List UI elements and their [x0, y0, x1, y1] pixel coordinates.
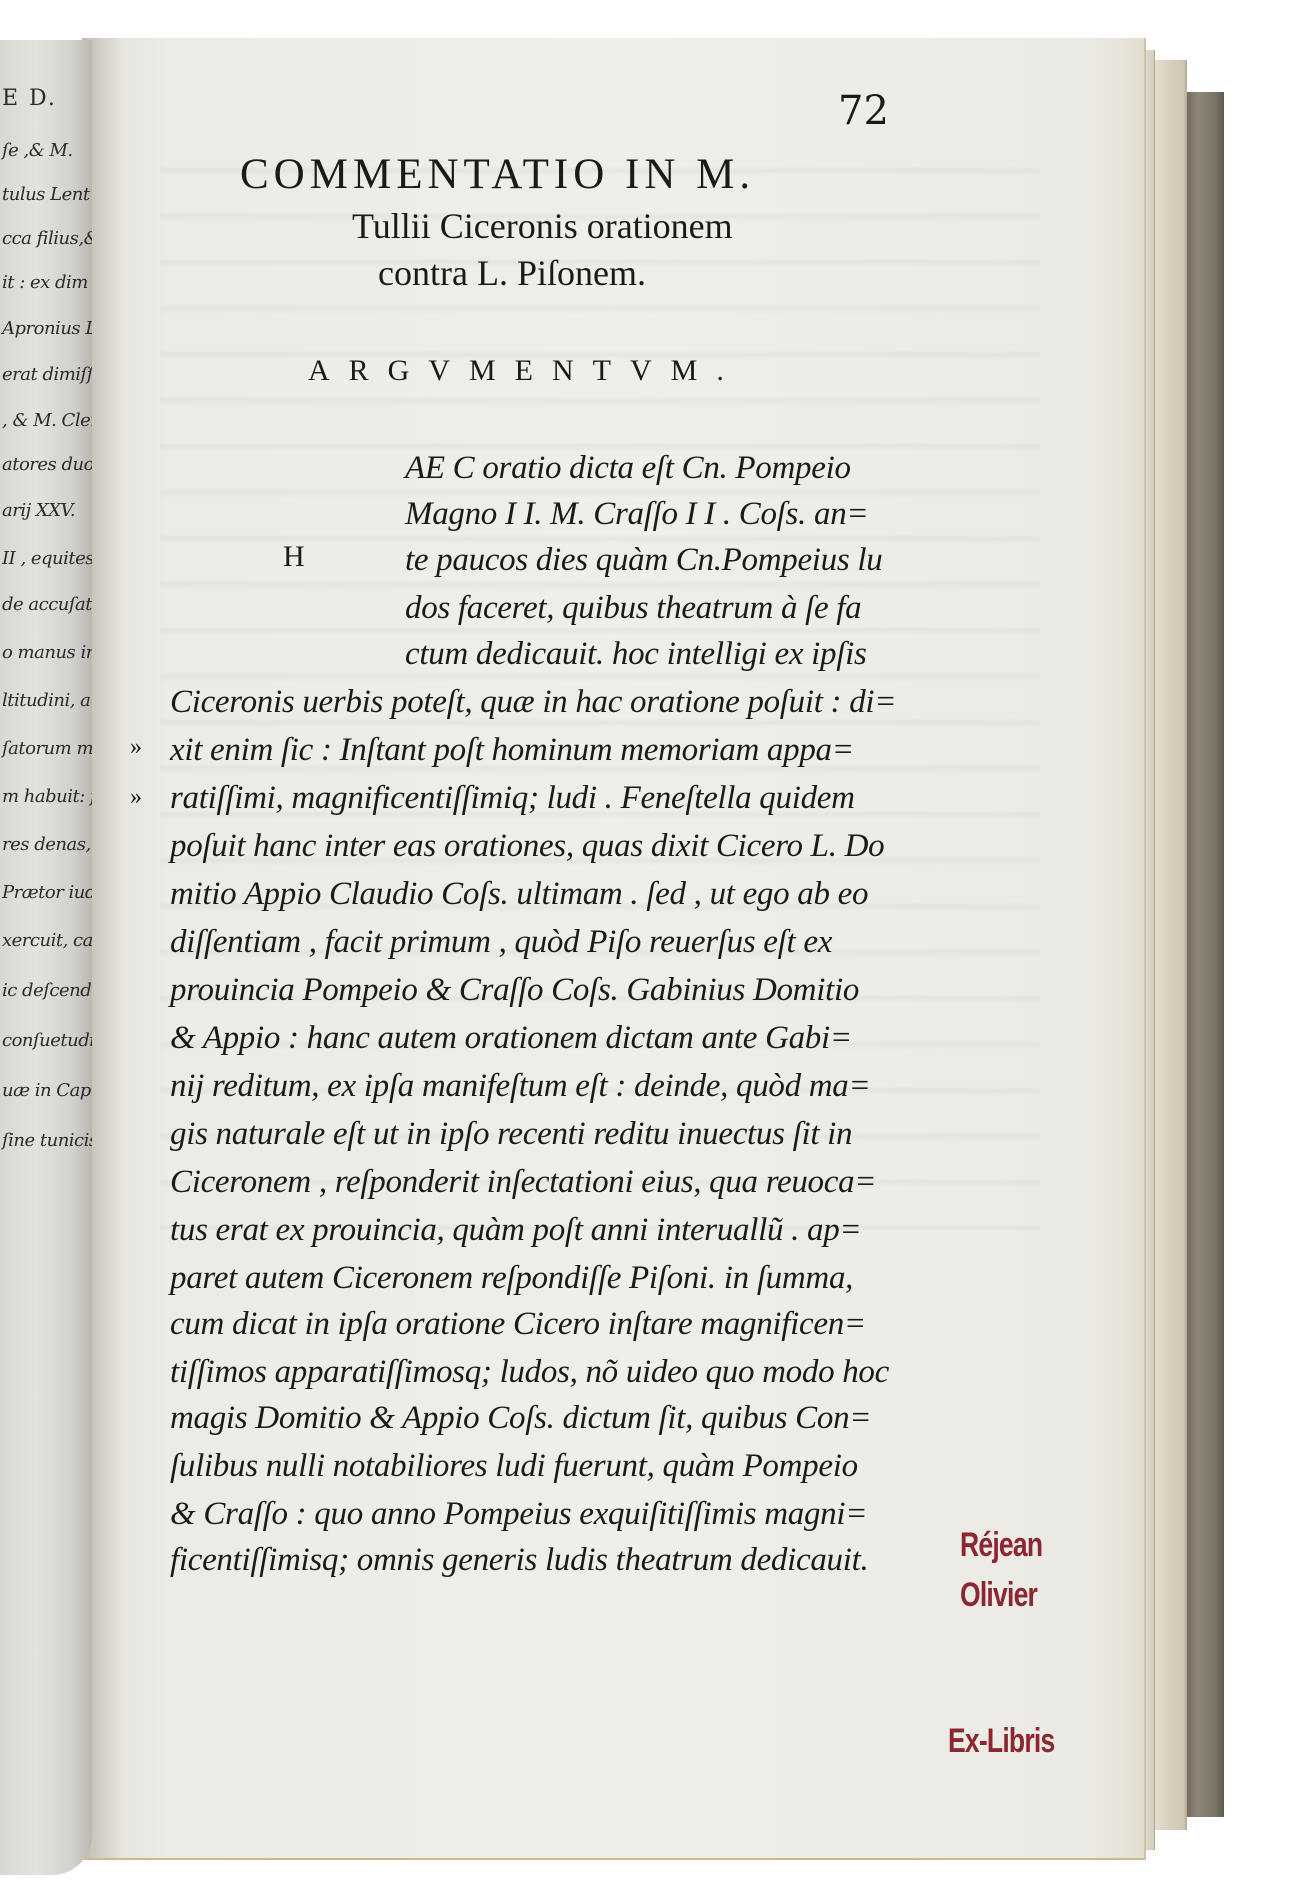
ex-libris-stamp-name-first: Réjean [960, 1526, 1042, 1565]
ex-libris-stamp-label: Ex-Libris [948, 1722, 1054, 1761]
left-page-line: Prætor iudic [2, 882, 92, 903]
body-line: dos faceret, quibus theatrum à ſe fa [405, 590, 861, 627]
marginal-quote-mark: » [130, 734, 142, 761]
body-line: ratiſſimi, magnificentiſſimiq; ludi . Fe… [170, 780, 855, 817]
body-line: mitio Appio Claudio Coſs. ultimam . ſed … [170, 876, 868, 913]
left-page-line: o manus in [2, 642, 92, 663]
body-line: Ciceronis uerbis poteſt, quæ in hac orat… [170, 684, 896, 721]
body-line: diſſentiam , facit primum , quòd Piſo re… [170, 924, 832, 961]
body-line: tus erat ex prouincia, quàm poſt anni in… [170, 1212, 861, 1249]
left-page-line: de accuſator [2, 594, 92, 615]
body-line: Magno I I. M. Craſſo I I . Coſs. an= [405, 496, 868, 533]
left-page-line: res denas, & [2, 834, 92, 855]
body-line: xit enim ſic : Inſtant poſt hominum memo… [170, 732, 854, 769]
page-number: 72 [838, 88, 889, 134]
left-page: E D. ſe ,& M. tulus Lent cca filius,& it… [0, 40, 92, 1875]
left-page-line: ſatorum miſ [2, 738, 92, 759]
page-subtitle-line-1: Tullii Ciceronis orationem [352, 205, 733, 247]
left-page-line: ic deſcenderat [2, 980, 92, 1001]
body-line: ctum dedicauit. hoc intelligi ex ipſis [405, 636, 867, 673]
marginal-quote-mark: » [130, 784, 142, 811]
left-page-line: atores duo [2, 454, 92, 475]
body-line: paret autem Ciceronem reſpondiſſe Piſoni… [170, 1260, 853, 1297]
body-line: gis naturale eſt ut in ipſo recenti redi… [170, 1116, 852, 1153]
body-line: tiſſimos apparatiſſimosq; ludos, nõ uide… [170, 1354, 889, 1391]
body-line: Ciceronem , reſponderit inſectationi eiu… [170, 1164, 876, 1201]
section-heading: ARGVMENTVM. [308, 354, 743, 388]
left-page-line: m habuit: ſ [2, 786, 92, 807]
book-cover-edge [1182, 92, 1224, 1817]
left-page-line: E D. [2, 86, 57, 111]
left-page-line: ſe ,& M. [2, 140, 73, 161]
left-page-line: xercuit, cam [2, 930, 92, 951]
body-line: nij reditum, ex ipſa manifeſtum eſt : de… [170, 1068, 870, 1105]
drop-cap: H [283, 540, 305, 574]
left-page-line: , & M. Cler [2, 410, 92, 431]
body-line: te paucos dies quàm Cn.Pompeius lu [405, 542, 882, 579]
left-page-line: uæ in Capitoli [2, 1080, 92, 1101]
left-page-line: it : ex dim [2, 272, 88, 293]
left-page-line: ltitudini, a [2, 690, 90, 711]
page-title: COMMENTATIO IN M. [240, 150, 755, 199]
left-page-line: conſuetudine [2, 1030, 92, 1051]
body-line: poſuit hanc inter eas orationes, quas di… [170, 828, 884, 865]
page-subtitle-line-2: contra L. Piſonem. [378, 252, 646, 294]
left-page-line: arij XXV. [2, 500, 75, 521]
body-line: prouincia Pompeio & Craſſo Coſs. Gabiniu… [170, 972, 859, 1009]
left-page-line: II , equites [2, 548, 92, 569]
left-page-line: Apronius Li [2, 318, 92, 339]
page-stack-edge [1150, 60, 1187, 1830]
body-line: ficentiſſimisq; omnis generis ludis thea… [170, 1542, 868, 1579]
body-line: cum dicat in ipſa oratione Cicero inſtar… [170, 1306, 866, 1343]
body-line: & Craſſo : quo anno Pompeius exquiſitiſſ… [170, 1496, 867, 1533]
body-line: AE C oratio dicta eſt Cn. Pompeio [405, 450, 851, 487]
body-line: magis Domitio & Appio Coſs. dictum ſit, … [170, 1400, 871, 1437]
left-page-line: tulus Lent [2, 184, 90, 205]
ex-libris-stamp-name-last: Olivier [960, 1576, 1037, 1615]
body-line: ſulibus nulli notabiliores ludi fuerunt,… [170, 1448, 858, 1485]
left-page-line: cca filius,& [2, 228, 92, 249]
left-page-line: ſine tunicis. [2, 1130, 92, 1151]
body-line: & Appio : hanc autem orationem dictam an… [170, 1020, 852, 1057]
left-page-line: erat dimiſſa [2, 364, 92, 385]
